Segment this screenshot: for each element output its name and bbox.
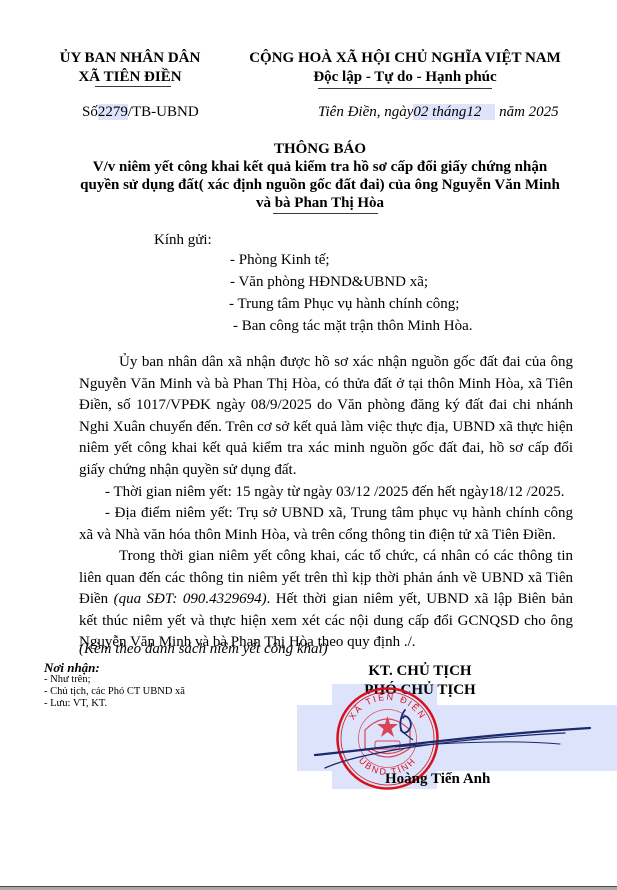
recipient-item: - Ban công tác mặt trận thôn Minh Hòa. bbox=[233, 318, 473, 335]
posting-location: - Địa điểm niêm yết: Trụ sở UBND xã, Tru… bbox=[79, 503, 573, 546]
nation-header: CỘNG HOÀ XÃ HỘI CHỦ NGHĨA VIỆT NAM Độc l… bbox=[240, 49, 570, 87]
recipient-item: - Phòng Kinh tế; bbox=[230, 252, 330, 269]
recipient-item: - Trung tâm Phục vụ hành chính công; bbox=[229, 296, 459, 313]
signer-name: Hoàng Tiến Anh bbox=[385, 771, 490, 788]
viewer-bottom-edge bbox=[0, 886, 617, 890]
attachment-note: (Kèm theo danh sách niêm yết công khai) bbox=[79, 641, 328, 658]
nation-name: CỘNG HOÀ XÃ HỘI CHỦ NGHĨA VIỆT NAM bbox=[240, 49, 570, 68]
title-underline bbox=[273, 213, 378, 214]
notice-heading: THÔNG BÁO bbox=[40, 140, 600, 158]
commune-underline bbox=[95, 86, 171, 87]
distribution-item: - Chủ tịch, các Phó CT UBND xã bbox=[44, 686, 185, 698]
recipients-label: Kính gửi: bbox=[154, 232, 212, 249]
nation-motto: Độc lập - Tự do - Hạnh phúc bbox=[240, 68, 570, 87]
body-paragraph-1: Ủy ban nhân dân xã nhận được hồ sơ xác n… bbox=[79, 352, 573, 481]
notice-title: THÔNG BÁO V/v niêm yết công khai kết quả… bbox=[40, 140, 600, 212]
distribution-label: Nơi nhận: bbox=[44, 660, 100, 675]
commune-name: XÃ TIÊN ĐIỀN bbox=[40, 68, 220, 87]
agency-name: ỦY BAN NHÂN DÂN bbox=[40, 49, 220, 68]
document-number-value: 2279 bbox=[98, 104, 128, 120]
agency-header: ỦY BAN NHÂN DÂN XÃ TIÊN ĐIỀN bbox=[40, 49, 220, 87]
date-line: Tiên Điền, ngày02 tháng12 năm 2025 bbox=[318, 104, 559, 121]
contact-phone: (qua SĐT: 090.4329694) bbox=[114, 591, 267, 607]
document-number: Số2279/TB-UBND bbox=[82, 104, 199, 121]
distribution-item: - Lưu: VT, KT. bbox=[44, 698, 185, 710]
posting-time: - Thời gian niêm yết: 15 ngày từ ngày 03… bbox=[79, 482, 573, 504]
distribution-item: - Như trên; bbox=[44, 674, 185, 686]
date-value: 02 tháng12 bbox=[413, 104, 495, 120]
motto-underline bbox=[318, 88, 492, 89]
handwritten-signature-icon bbox=[305, 700, 617, 780]
body-paragraph-3: Trong thời gian niêm yết công khai, các … bbox=[79, 546, 573, 654]
distribution-list: Nơi nhận: - Như trên; - Chủ tịch, các Ph… bbox=[44, 662, 185, 710]
recipient-item: - Văn phòng HĐND&UBND xã; bbox=[230, 274, 428, 291]
